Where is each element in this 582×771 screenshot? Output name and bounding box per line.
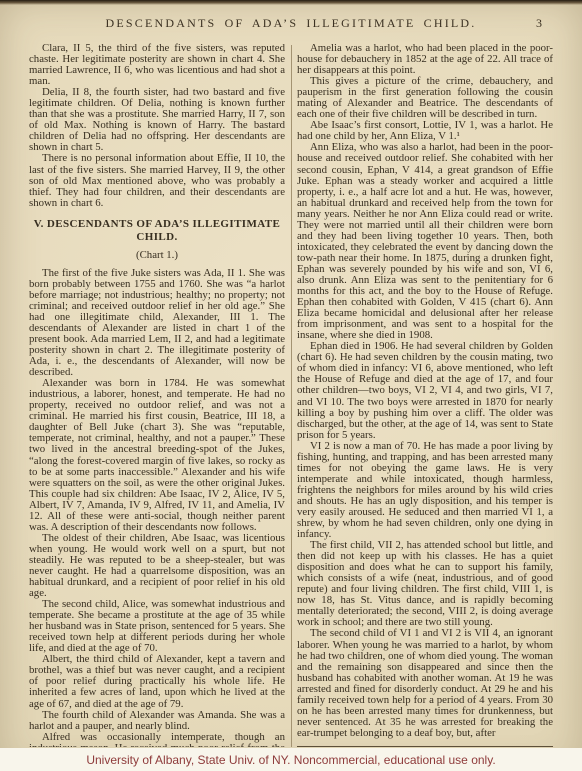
paragraph: Amelia was a harlot, who had been placed… <box>297 43 553 76</box>
paragraph: Albert, the third child of Alexander, ke… <box>29 654 285 709</box>
paragraph: The second child, Alice, was somewhat in… <box>29 599 285 654</box>
right-column: Amelia was a harlot, who had been placed… <box>297 43 553 747</box>
footer-credit: University of Albany, State Univ. of NY.… <box>86 753 495 767</box>
paragraph: Alexander was born in 1784. He was somew… <box>29 378 285 533</box>
scanned-page: DESCENDANTS OF ADA’S ILLEGITIMATE CHILD.… <box>0 0 582 771</box>
page-number: 3 <box>536 16 542 31</box>
paragraph: The first of the five Juke sisters was A… <box>29 268 285 378</box>
text-columns: Clara, II 5, the third of the five siste… <box>29 43 553 747</box>
running-head: DESCENDANTS OF ADA’S ILLEGITIMATE CHILD. <box>0 16 582 31</box>
chart-subheading: (Chart 1.) <box>29 249 285 262</box>
paragraph: The first child, VII 2, has attended sch… <box>297 540 553 628</box>
paragraph: Ann Eliza, who was also a harlot, had be… <box>297 142 553 341</box>
paragraph: This gives a picture of the crime, debau… <box>297 76 553 120</box>
paragraph: There is no personal information about E… <box>29 153 285 208</box>
paragraph: Abe Isaac’s first consort, Lottie, IV 1,… <box>297 120 553 142</box>
footer-strip: University of Albany, State Univ. of NY.… <box>0 748 582 771</box>
paragraph: The oldest of their children, Abe Isaac,… <box>29 533 285 599</box>
paragraph: The fourth child of Alexander was Amanda… <box>29 710 285 732</box>
page-header: DESCENDANTS OF ADA’S ILLEGITIMATE CHILD.… <box>0 16 582 32</box>
paragraph: The second child of VI 1 and VI 2 is VII… <box>297 628 553 738</box>
scan-top-edge <box>0 0 582 5</box>
left-column: Clara, II 5, the third of the five siste… <box>29 43 285 747</box>
paragraph: Ephan died in 1906. He had several child… <box>297 341 553 440</box>
paragraph: VI 2 is now a man of 70. He has made a p… <box>297 441 553 540</box>
column-divider-rule <box>291 45 292 747</box>
section-heading: V. DESCENDANTS OF ADA’S ILLEGITIMATE CHI… <box>29 218 285 244</box>
paragraph: Alfred was occasionally intemperate, tho… <box>29 732 285 747</box>
paragraph: Clara, II 5, the third of the five siste… <box>29 43 285 87</box>
footnote-rule <box>297 746 553 747</box>
paragraph: Delia, II 8, the fourth sister, had two … <box>29 87 285 153</box>
